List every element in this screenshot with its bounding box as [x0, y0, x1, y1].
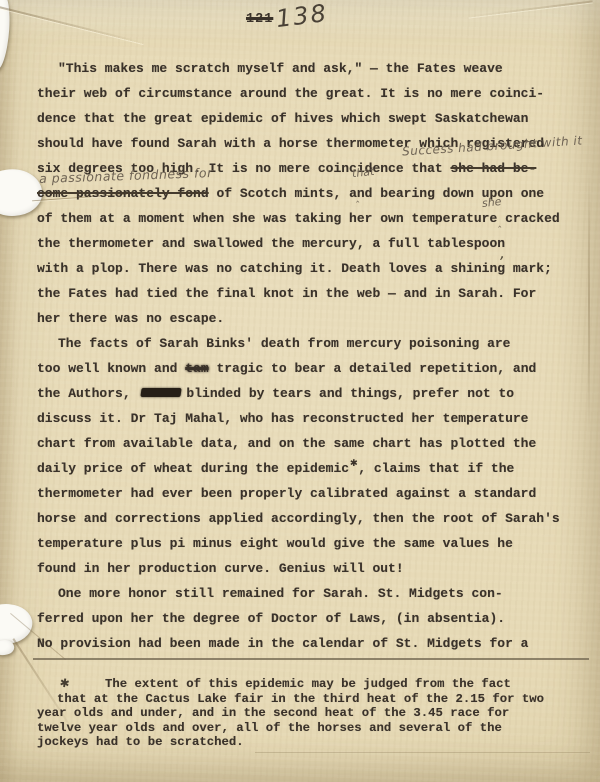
struck-text: she had be- [450, 161, 536, 176]
footnote-text: The extent of this epidemic may be judge… [105, 677, 511, 691]
overstruck-word: tam [185, 361, 208, 376]
typed-text-segment: tragic to bear a detailed repetition, an… [209, 361, 537, 376]
footnote-line: jockeys had to be scratched. [0, 735, 600, 750]
typed-line: come passionately fond of Scotch mints, … [0, 181, 600, 206]
typed-line: too well known and tam tragic to bear a … [0, 356, 600, 381]
footnote-divider-line [33, 658, 589, 660]
manuscript-page: 121 138 "This makes me scratch myself an… [0, 0, 600, 782]
typed-line: found in her production curve. Genius wi… [0, 556, 600, 581]
typed-line: six degrees too high. It is no mere coin… [0, 156, 600, 181]
struck-text: come passionately fond [37, 186, 209, 201]
typed-line: The facts of Sarah Binks' death from mer… [0, 331, 600, 356]
typed-line: temperature plus pi minus eight would gi… [0, 531, 600, 556]
footnote-line: that at the Cactus Lake fair in the thir… [0, 692, 600, 707]
typed-line: their web of circumstance around the gre… [0, 81, 600, 106]
typed-line: horse and corrections applied accordingl… [0, 506, 600, 531]
typed-line: thermometer had ever been properly calib… [0, 481, 600, 506]
typed-line: the Authors, blinded by tears and things… [0, 381, 600, 406]
crease-bottom [255, 752, 590, 753]
redacted-word [141, 388, 182, 397]
footnote-line: ✱The extent of this epidemic may be judg… [0, 677, 600, 692]
typed-text-segment: daily price of wheat during the epidemic [37, 461, 349, 476]
footnote-marker-asterisk: ✱ [59, 676, 70, 692]
crease-top-left [0, 6, 144, 44]
typed-line: the Fates had tied the final knot in the… [0, 281, 600, 306]
typed-line: chart from available data, and on the sa… [0, 431, 600, 456]
typed-line: discuss it. Dr Taj Mahal, who has recons… [0, 406, 600, 431]
typed-line: ferred upon her the degree of Doctor of … [0, 606, 600, 631]
typed-body: "This makes me scratch myself and ask," … [0, 56, 600, 656]
typed-text-segment: six degrees too high. It is no mere coin… [37, 161, 450, 176]
typed-text-segment: of Scotch mints, and bearing down upon o… [209, 186, 544, 201]
typed-text-segment: blinded by tears and things, prefer not … [186, 386, 514, 401]
typed-line: with a plop. There was no catching it. D… [0, 256, 600, 281]
typed-text-segment: the Authors, [37, 386, 138, 401]
footnote-line: year olds and under, and in the second h… [0, 706, 600, 721]
footnote: ✱The extent of this epidemic may be judg… [0, 677, 600, 750]
typed-text-segment: too well known and [37, 361, 185, 376]
handwritten-page-number: 138 [274, 0, 329, 33]
typed-line: One more honor still remained for Sarah.… [0, 581, 600, 606]
footnote-line: twelve year olds and over, all of the ho… [0, 721, 600, 736]
footnote-reference-asterisk: ✱ [349, 456, 358, 470]
typed-text-segment: , claims that if the [358, 461, 514, 476]
typed-page-number-struck: 121 [246, 12, 273, 27]
typed-line: the thermometer and swallowed the mercur… [0, 231, 600, 256]
typed-line: "This makes me scratch myself and ask," … [0, 56, 600, 81]
typed-line: daily price of wheat during the epidemic… [0, 456, 600, 481]
typed-line: should have found Sarah with a horse the… [0, 131, 600, 156]
typed-line: No provision had been made in the calend… [0, 631, 600, 656]
typed-line: dence that the great epidemic of hives w… [0, 106, 600, 131]
crease-top-right [468, 0, 592, 17]
typed-line: her there was no escape. [0, 306, 600, 331]
typed-line: of them at a moment when she was taking … [0, 206, 600, 231]
